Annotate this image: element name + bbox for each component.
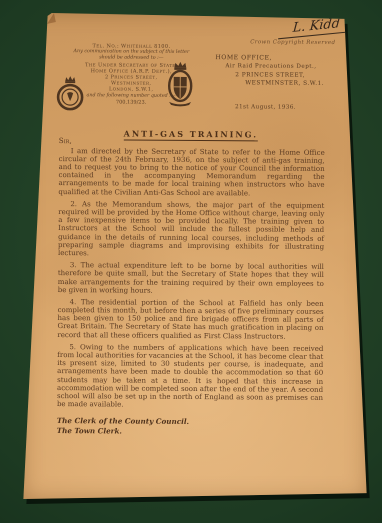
paragraph-2: 2. As the Memorandum shows, the major pa…: [58, 200, 324, 259]
letter-content: L. Kidd Crown Copyright Reserved Tel. No…: [20, 11, 369, 501]
city-line-right: WESTMINSTER, S.W.1.: [215, 79, 349, 88]
recipients-block: The Clerk of the County Council. The Tow…: [57, 416, 323, 438]
salutation: Sir,: [59, 137, 325, 147]
letter-body: Sir, I am directed by the Secretary of S…: [57, 137, 325, 438]
crowned-badge-icon: [55, 75, 85, 117]
photo-of-letter: { "photo": { "background_color": "#1d3a2…: [0, 0, 382, 523]
letterhead-right-block: HOME OFFICE, Air Raid Precautions Dept.,…: [215, 54, 349, 89]
paragraph-3: 3. The actual expenditure left to be bor…: [58, 261, 324, 295]
recipient-town-clerk: The Town Clerk.: [57, 426, 323, 438]
paragraph-1: I am directed by the Secretary of State …: [58, 147, 324, 197]
crown-copyright-note: Crown Copyright Reserved: [250, 39, 335, 46]
letter-paper: L. Kidd Crown Copyright Reserved Tel. No…: [22, 12, 368, 500]
paragraph-4: 4. The residential portion of the School…: [57, 298, 323, 340]
royal-coat-of-arms-icon: [165, 60, 195, 112]
letter-date: 21st August, 1936.: [235, 104, 296, 110]
handwritten-signature: L. Kidd: [278, 15, 348, 39]
paragraph-5: 5. Owing to the numbers of applications …: [57, 343, 323, 410]
